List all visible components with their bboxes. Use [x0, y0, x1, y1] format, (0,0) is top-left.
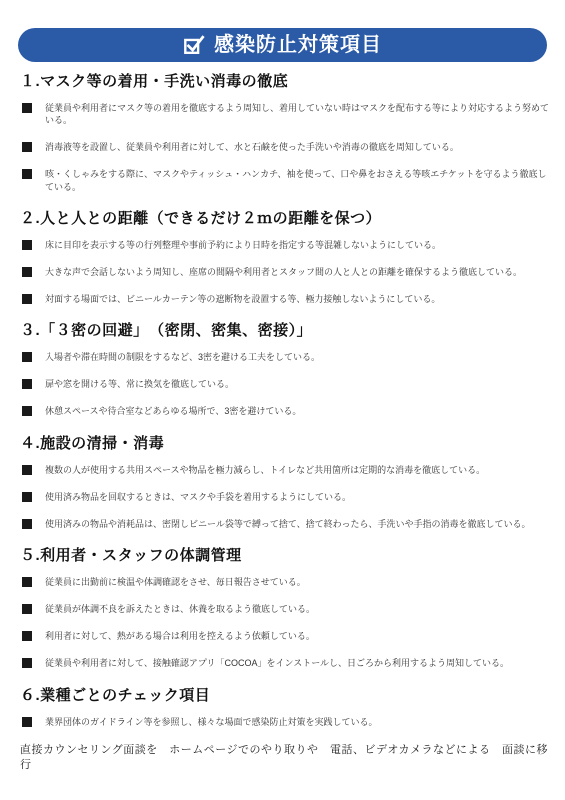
- checklist-item: 業界団体のガイドライン等を参照し、様々な場面で感染防止対策を実践している。: [22, 716, 551, 728]
- checklist-item-text: 扉や窓を開ける等、常に換気を徹底している。: [45, 378, 234, 390]
- checklist-item: 消毒液等を設置し、従業員や利用者に対して、水と石鹸を使った手洗いや消毒の徹底を周…: [22, 141, 551, 153]
- checklist-item-text: 従業員が体調不良を訴えたときは、休養を取るよう徹底している。: [45, 603, 315, 615]
- checklist-item: 複数の人が使用する共用スペースや物品を極力減らし、トイレなど共用箇所は定期的な消…: [22, 464, 551, 476]
- checklist-item-text: 消毒液等を設置し、従業員や利用者に対して、水と石鹸を使った手洗いや消毒の徹底を周…: [45, 141, 459, 153]
- section-heading: ５.利用者・スタッフの体調管理: [20, 547, 551, 565]
- section-heading: １.マスク等の着用・手洗い消毒の徹底: [20, 73, 551, 91]
- checklist-item-text: 咳・くしゃみをする際に、マスクやティッシュ・ハンカチ、袖を使って、口や鼻をおさえ…: [45, 168, 551, 192]
- checklist-item-text: 利用者に対して、熱がある場合は利用を控えるよう依頼している。: [45, 630, 315, 642]
- checklist-item: 対面する場面では、ビニールカーテン等の遮断物を設置する等、極力接触しないようにし…: [22, 293, 551, 305]
- section-heading: ２.人と人との距離（できるだけ２ｍの距離を保つ）: [20, 210, 551, 228]
- checklist-item: 従業員や利用者に対して、接触確認アプリ「COCOA」をインストールし、日ごろから…: [22, 657, 551, 669]
- checklist-item: 従業員が体調不良を訴えたときは、休養を取るよう徹底している。: [22, 603, 551, 615]
- checklist-section: ４.施設の清掃・消毒複数の人が使用する共用スペースや物品を極力減らし、トイレなど…: [20, 435, 551, 530]
- checklist-item: 床に目印を表示する等の行列整理や事前予約により日時を指定する等混雑しないようにし…: [22, 239, 551, 251]
- filled-square-checkbox-icon: [22, 519, 32, 529]
- checklist-item-text: 入場者や滞在時間の制限をするなど、3密を避ける工夫をしている。: [45, 351, 320, 363]
- filled-square-checkbox-icon: [22, 631, 32, 641]
- checklist-item: 利用者に対して、熱がある場合は利用を控えるよう依頼している。: [22, 630, 551, 642]
- filled-square-checkbox-icon: [22, 352, 32, 362]
- filled-square-checkbox-icon: [22, 294, 32, 304]
- checklist-item: 従業員や利用者にマスク等の着用を徹底するよう周知し、着用していない時はマスクを配…: [22, 102, 551, 126]
- filled-square-checkbox-icon: [22, 406, 32, 416]
- checklist-item-text: 従業員や利用者に対して、接触確認アプリ「COCOA」をインストールし、日ごろから…: [45, 657, 509, 669]
- checklist-item-text: 使用済み物品を回収するときは、マスクや手袋を着用するようにしている。: [45, 491, 351, 503]
- checklist-item: 扉や窓を開ける等、常に換気を徹底している。: [22, 378, 551, 390]
- checklist-section: ２.人と人との距離（できるだけ２ｍの距離を保つ）床に目印を表示する等の行列整理や…: [20, 210, 551, 305]
- checklist-item-text: 床に目印を表示する等の行列整理や事前予約により日時を指定する等混雑しないようにし…: [45, 239, 441, 251]
- checklist-section: ５.利用者・スタッフの体調管理従業員に出勤前に検温や体調確認をさせ、毎日報告させ…: [20, 547, 551, 670]
- section-heading: ３.「３密の回避」 （密閉、密集、密接）」: [20, 322, 551, 340]
- checklist-item: 咳・くしゃみをする際に、マスクやティッシュ・ハンカチ、袖を使って、口や鼻をおさえ…: [22, 168, 551, 192]
- filled-square-checkbox-icon: [22, 103, 32, 113]
- page-title: 感染防止対策項目: [214, 35, 382, 55]
- page-title-banner: 感染防止対策項目: [18, 28, 547, 62]
- filled-square-checkbox-icon: [22, 379, 32, 389]
- checklist-item-text: 業界団体のガイドライン等を参照し、様々な場面で感染防止対策を実践している。: [45, 716, 377, 728]
- checklist-item-text: 複数の人が使用する共用スペースや物品を極力減らし、トイレなど共用箇所は定期的な消…: [45, 464, 485, 476]
- filled-square-checkbox-icon: [22, 658, 32, 668]
- checklist-item: 従業員に出勤前に検温や体調確認をさせ、毎日報告させている。: [22, 576, 551, 588]
- section-heading: ６.業種ごとのチェック項目: [20, 687, 551, 705]
- checklist-item-text: 休憩スペースや待合室などあらゆる場所で、3密を避けている。: [45, 405, 301, 417]
- filled-square-checkbox-icon: [22, 267, 32, 277]
- footer-note: 直接カウンセリング面談を ホームページでのやり取りや 電話、ビデオカメラなどによ…: [20, 743, 551, 774]
- filled-square-checkbox-icon: [22, 604, 32, 614]
- checklist-item: 大きな声で会話しないよう周知し、座席の間隔や利用者とスタッフ間の人と人との距離を…: [22, 266, 551, 278]
- checklist-item-text: 従業員に出勤前に検温や体調確認をさせ、毎日報告させている。: [45, 576, 306, 588]
- filled-square-checkbox-icon: [22, 717, 32, 727]
- checklist-item: 入場者や滞在時間の制限をするなど、3密を避ける工夫をしている。: [22, 351, 551, 363]
- checklist-item: 使用済みの物品や消耗品は、密閉しビニール袋等で縛って捨て、捨て終わったら、手洗い…: [22, 518, 551, 530]
- document-page: 感染防止対策項目 １.マスク等の着用・手洗い消毒の徹底従業員や利用者にマスク等の…: [0, 0, 565, 800]
- checkbox-check-icon: [183, 34, 205, 56]
- checklist-section: ６.業種ごとのチェック項目業界団体のガイドライン等を参照し、様々な場面で感染防止…: [20, 687, 551, 728]
- checklist-section: ３.「３密の回避」 （密閉、密集、密接）」入場者や滞在時間の制限をするなど、3密…: [20, 322, 551, 417]
- filled-square-checkbox-icon: [22, 492, 32, 502]
- checklist-item-text: 従業員や利用者にマスク等の着用を徹底するよう周知し、着用していない時はマスクを配…: [45, 102, 551, 126]
- filled-square-checkbox-icon: [22, 240, 32, 250]
- filled-square-checkbox-icon: [22, 169, 32, 179]
- checklist-item: 使用済み物品を回収するときは、マスクや手袋を着用するようにしている。: [22, 491, 551, 503]
- checklist-item: 休憩スペースや待合室などあらゆる場所で、3密を避けている。: [22, 405, 551, 417]
- filled-square-checkbox-icon: [22, 142, 32, 152]
- checklist-section: １.マスク等の着用・手洗い消毒の徹底従業員や利用者にマスク等の着用を徹底するよう…: [20, 73, 551, 193]
- section-heading: ４.施設の清掃・消毒: [20, 435, 551, 453]
- filled-square-checkbox-icon: [22, 577, 32, 587]
- checklist-item-text: 大きな声で会話しないよう周知し、座席の間隔や利用者とスタッフ間の人と人との距離を…: [45, 266, 522, 278]
- checklist-sections: １.マスク等の着用・手洗い消毒の徹底従業員や利用者にマスク等の着用を徹底するよう…: [20, 73, 551, 728]
- checklist-item-text: 対面する場面では、ビニールカーテン等の遮断物を設置する等、極力接触しないようにし…: [45, 293, 440, 305]
- checklist-item-text: 使用済みの物品や消耗品は、密閉しビニール袋等で縛って捨て、捨て終わったら、手洗い…: [45, 518, 531, 530]
- filled-square-checkbox-icon: [22, 465, 32, 475]
